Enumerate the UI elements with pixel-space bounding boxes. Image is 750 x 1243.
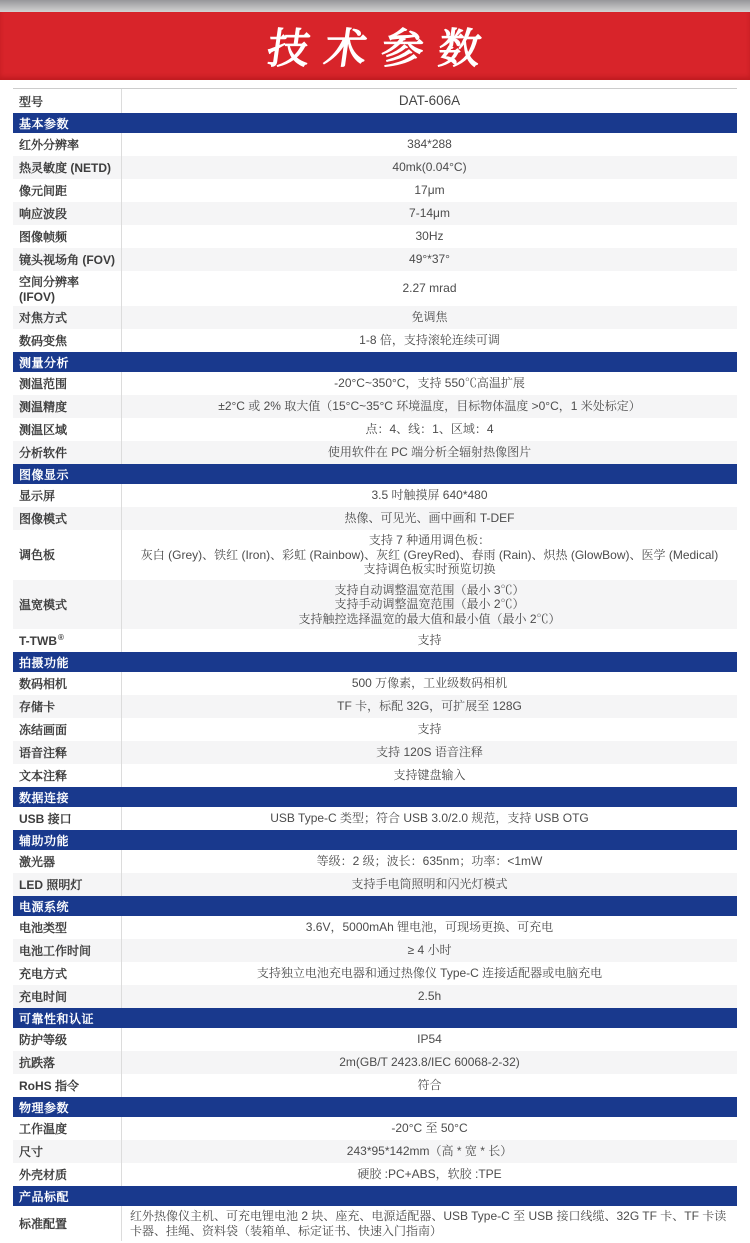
spec-value-line: 点：4、线：1、区域：4: [130, 422, 729, 437]
section-header: 拍摄功能: [13, 652, 737, 672]
spec-row: 冻结画面支持: [13, 718, 737, 741]
spec-row: 测温区域点：4、线：1、区域：4: [13, 418, 737, 441]
spec-row-label: 冻结画面: [13, 718, 122, 741]
spec-value-line: -20°C 至 50°C: [130, 1121, 729, 1136]
spec-row-value: 点：4、线：1、区域：4: [122, 418, 737, 441]
spec-value-line: 2.5h: [130, 989, 729, 1004]
spec-row: 空间分辨率 (IFOV)2.27 mrad: [13, 271, 737, 306]
spec-row-value: 243*95*142mm（高 * 宽 * 长）: [122, 1140, 737, 1163]
spec-row-label: 热灵敏度 (NETD): [13, 156, 122, 179]
spec-row-label: 测温区域: [13, 418, 122, 441]
spec-row-label: 电池类型: [13, 916, 122, 939]
spec-row: 电池类型3.6V，5000mAh 锂电池，可现场更换、可充电: [13, 916, 737, 939]
spec-value-line: TF 卡，标配 32G，可扩展至 128G: [130, 699, 729, 714]
spec-row-value: 使用软件在 PC 端分析全辐射热像图片: [122, 441, 737, 464]
spec-value-line: 支持自动调整温宽范围（最小 3℃）: [130, 583, 729, 598]
spec-row: 温宽模式支持自动调整温宽范围（最小 3℃）支持手动调整温宽范围（最小 2℃）支持…: [13, 580, 737, 630]
spec-row-label: USB 接口: [13, 807, 122, 830]
label-superscript: ®: [58, 634, 64, 642]
spec-row: 防护等级IP54: [13, 1028, 737, 1051]
section-header: 可靠性和认证: [13, 1008, 737, 1028]
spec-row-value: 等级：2 级；波长：635nm；功率：<1mW: [122, 850, 737, 873]
spec-value-line: 500 万像素，工业级数码相机: [130, 676, 729, 691]
section-header: 基本参数: [13, 113, 737, 133]
spec-row-value: IP54: [122, 1028, 737, 1051]
spec-value-line: 40mk(0.04°C): [130, 160, 729, 175]
spec-value-line: 49°*37°: [130, 252, 729, 267]
spec-value-line: 30Hz: [130, 229, 729, 244]
section-header: 数据连接: [13, 787, 737, 807]
spec-row-label: 尺寸: [13, 1140, 122, 1163]
spec-row-value: 49°*37°: [122, 248, 737, 271]
spec-row: 图像帧频30Hz: [13, 225, 737, 248]
spec-row-value: USB Type-C 类型；符合 USB 3.0/2.0 规范，支持 USB O…: [122, 807, 737, 830]
spec-value-line: 支持键盘输入: [130, 768, 729, 783]
spec-row-label: LED 照明灯: [13, 873, 122, 896]
spec-row-value: 支持 7 种通用调色板：灰白 (Grey)、铁红 (Iron)、彩虹 (Rain…: [122, 530, 737, 580]
spec-row-value: 热像、可见光、画中画和 T-DEF: [122, 507, 737, 530]
spec-row-value: 支持键盘输入: [122, 764, 737, 787]
spec-row-value: 384*288: [122, 133, 737, 156]
spec-row-label: 图像模式: [13, 507, 122, 530]
section-header: 测量分析: [13, 352, 737, 372]
spec-row-label: 显示屏: [13, 484, 122, 507]
section-header: 产品标配: [13, 1186, 737, 1206]
spec-row-value: TF 卡，标配 32G，可扩展至 128G: [122, 695, 737, 718]
spec-value-line: 红外热像仪主机、可充电锂电池 2 块、座充、电源适配器、USB Type-C 至…: [130, 1209, 729, 1238]
spec-value-line: 2.27 mrad: [130, 281, 729, 296]
spec-row: 电池工作时间≥ 4 小时: [13, 939, 737, 962]
spec-value-line: 17μm: [130, 183, 729, 198]
spec-row-label: 温宽模式: [13, 580, 122, 630]
spec-value-line: 384*288: [130, 137, 729, 152]
spec-row: 数码变焦1-8 倍，支持滚轮连续可调: [13, 329, 737, 352]
spec-value-line: 符合: [130, 1078, 729, 1093]
spec-row: 存储卡TF 卡，标配 32G，可扩展至 128G: [13, 695, 737, 718]
spec-row: RoHS 指令符合: [13, 1074, 737, 1097]
top-strip: [0, 0, 750, 12]
spec-row-label: 防护等级: [13, 1028, 122, 1051]
spec-value-line: 3.6V，5000mAh 锂电池，可现场更换、可充电: [130, 920, 729, 935]
model-row: 型号 DAT-606A: [13, 89, 737, 113]
spec-value-line: 支持: [130, 722, 729, 737]
spec-row-label: 测温精度: [13, 395, 122, 418]
spec-row-label: 充电时间: [13, 985, 122, 1008]
spec-row-label: 测温范围: [13, 372, 122, 395]
spec-row-label: 像元间距: [13, 179, 122, 202]
spec-row-value: 支持自动调整温宽范围（最小 3℃）支持手动调整温宽范围（最小 2℃）支持触控选择…: [122, 580, 737, 630]
spec-row: 抗跌落2m(GB/T 2423.8/IEC 60068-2-32): [13, 1051, 737, 1074]
spec-row-label: 外壳材质: [13, 1163, 122, 1186]
spec-row-label: 镜头视场角 (FOV): [13, 248, 122, 271]
spec-row: 测温精度±2°C 或 2% 取大值（15°C~35°C 环境温度，目标物体温度 …: [13, 395, 737, 418]
spec-row-value: 红外热像仪主机、可充电锂电池 2 块、座充、电源适配器、USB Type-C 至…: [122, 1206, 737, 1241]
spec-row: 数码相机500 万像素，工业级数码相机: [13, 672, 737, 695]
spec-row-label: 充电方式: [13, 962, 122, 985]
spec-value-line: 热像、可见光、画中画和 T-DEF: [130, 511, 729, 526]
spec-row-label: 激光器: [13, 850, 122, 873]
spec-row-label: 分析软件: [13, 441, 122, 464]
spec-row-value: 支持: [122, 629, 737, 652]
spec-row: 热灵敏度 (NETD)40mk(0.04°C): [13, 156, 737, 179]
spec-row-value: 2m(GB/T 2423.8/IEC 60068-2-32): [122, 1051, 737, 1074]
section-header: 图像显示: [13, 464, 737, 484]
spec-row-value: 硬胶 :PC+ABS，软胶 :TPE: [122, 1163, 737, 1186]
spec-row-value: 500 万像素，工业级数码相机: [122, 672, 737, 695]
spec-value-line: 支持手动调整温宽范围（最小 2℃）: [130, 597, 729, 612]
spec-value-line: 3.5 吋触摸屏 640*480: [130, 488, 729, 503]
spec-row-value: ±2°C 或 2% 取大值（15°C~35°C 环境温度，目标物体温度 >0°C…: [122, 395, 737, 418]
spec-row-value: 支持: [122, 718, 737, 741]
spec-row-label: 响应波段: [13, 202, 122, 225]
spec-row-label: 标准配置: [13, 1206, 122, 1241]
spec-row-value: ≥ 4 小时: [122, 939, 737, 962]
spec-row: 分析软件使用软件在 PC 端分析全辐射热像图片: [13, 441, 737, 464]
spec-row: USB 接口USB Type-C 类型；符合 USB 3.0/2.0 规范，支持…: [13, 807, 737, 830]
spec-row-label: 对焦方式: [13, 306, 122, 329]
spec-value-line: 243*95*142mm（高 * 宽 * 长）: [130, 1144, 729, 1159]
spec-value-line: 支持 7 种通用调色板：: [130, 533, 729, 548]
page-title: 技术参数: [249, 16, 500, 76]
spec-value-line: 支持手电筒照明和闪光灯模式: [130, 877, 729, 892]
title-banner: 技术参数: [0, 12, 750, 80]
spec-row: 标准配置红外热像仪主机、可充电锂电池 2 块、座充、电源适配器、USB Type…: [13, 1206, 737, 1241]
spec-value-line: 1-8 倍，支持滚轮连续可调: [130, 333, 729, 348]
section-header: 物理参数: [13, 1097, 737, 1117]
spec-row-label: 调色板: [13, 530, 122, 580]
model-row-label: 型号: [13, 89, 122, 113]
spec-value-line: USB Type-C 类型；符合 USB 3.0/2.0 规范，支持 USB O…: [130, 811, 729, 826]
spec-row: 文本注释支持键盘输入: [13, 764, 737, 787]
section-header: 电源系统: [13, 896, 737, 916]
model-row-value: DAT-606A: [122, 89, 737, 113]
spec-value-line: ≥ 4 小时: [130, 943, 729, 958]
spec-value-line: 免调焦: [130, 310, 729, 325]
spec-row: 响应波段7-14μm: [13, 202, 737, 225]
spec-row-value: 30Hz: [122, 225, 737, 248]
spec-row: LED 照明灯支持手电筒照明和闪光灯模式: [13, 873, 737, 896]
spec-row-value: 1-8 倍，支持滚轮连续可调: [122, 329, 737, 352]
spec-row-value: 3.6V，5000mAh 锂电池，可现场更换、可充电: [122, 916, 737, 939]
spec-value-line: 支持独立电池充电器和通过热像仪 Type-C 连接适配器或电脑充电: [130, 966, 729, 981]
spec-value-line: 2m(GB/T 2423.8/IEC 60068-2-32): [130, 1055, 729, 1070]
spec-row: 测温范围-20°C~350°C，支持 550℃高温扩展: [13, 372, 737, 395]
spec-row: 图像模式热像、可见光、画中画和 T-DEF: [13, 507, 737, 530]
spec-row-label: 语音注释: [13, 741, 122, 764]
spec-row-label: 数码相机: [13, 672, 122, 695]
spec-row-value: 7-14μm: [122, 202, 737, 225]
section-header: 辅助功能: [13, 830, 737, 850]
spec-table: 型号 DAT-606A 基本参数红外分辨率384*288热灵敏度 (NETD)4…: [13, 88, 737, 1241]
spec-row-value: 符合: [122, 1074, 737, 1097]
spec-value-line: IP54: [130, 1032, 729, 1047]
spec-row-value: -20°C~350°C，支持 550℃高温扩展: [122, 372, 737, 395]
spec-value-line: 支持 120S 语音注释: [130, 745, 729, 760]
spec-row-label: 电池工作时间: [13, 939, 122, 962]
spec-row: T-TWB®支持: [13, 629, 737, 652]
spec-row-value: 2.5h: [122, 985, 737, 1008]
spec-row-value: 40mk(0.04°C): [122, 156, 737, 179]
spec-row: 对焦方式免调焦: [13, 306, 737, 329]
spec-value-line: 支持调色板实时预览切换: [130, 562, 729, 577]
spec-row-label: 红外分辨率: [13, 133, 122, 156]
spec-row-value: 支持手电筒照明和闪光灯模式: [122, 873, 737, 896]
spec-row-value: 3.5 吋触摸屏 640*480: [122, 484, 737, 507]
spec-row: 激光器等级：2 级；波长：635nm；功率：<1mW: [13, 850, 737, 873]
spec-row-value: 2.27 mrad: [122, 271, 737, 306]
spec-row-value: 支持独立电池充电器和通过热像仪 Type-C 连接适配器或电脑充电: [122, 962, 737, 985]
spec-row-label: 空间分辨率 (IFOV): [13, 271, 122, 306]
spec-row-label: T-TWB®: [13, 629, 122, 652]
spec-row: 红外分辨率384*288: [13, 133, 737, 156]
spec-row-label: 文本注释: [13, 764, 122, 787]
spec-value-line: 灰白 (Grey)、铁红 (Iron)、彩虹 (Rainbow)、灰红 (Gre…: [130, 548, 729, 563]
spec-row: 语音注释支持 120S 语音注释: [13, 741, 737, 764]
spec-row-value: 支持 120S 语音注释: [122, 741, 737, 764]
spec-row-label: 工作温度: [13, 1117, 122, 1140]
spec-value-line: 支持: [130, 633, 729, 648]
spec-row-label: 抗跌落: [13, 1051, 122, 1074]
spec-row-value: 免调焦: [122, 306, 737, 329]
spec-row: 工作温度-20°C 至 50°C: [13, 1117, 737, 1140]
spec-row: 外壳材质硬胶 :PC+ABS，软胶 :TPE: [13, 1163, 737, 1186]
spec-value-line: 硬胶 :PC+ABS，软胶 :TPE: [130, 1167, 729, 1182]
spec-row: 镜头视场角 (FOV)49°*37°: [13, 248, 737, 271]
spec-row-label: RoHS 指令: [13, 1074, 122, 1097]
spec-row: 充电时间2.5h: [13, 985, 737, 1008]
spec-value-line: 等级：2 级；波长：635nm；功率：<1mW: [130, 854, 729, 869]
spec-row-value: -20°C 至 50°C: [122, 1117, 737, 1140]
spec-value-line: 使用软件在 PC 端分析全辐射热像图片: [130, 445, 729, 460]
spec-row-label: 存储卡: [13, 695, 122, 718]
spec-value-line: 支持触控选择温宽的最大值和最小值（最小 2℃）: [130, 612, 729, 627]
spec-value-line: -20°C~350°C，支持 550℃高温扩展: [130, 376, 729, 391]
spec-row-label: 图像帧频: [13, 225, 122, 248]
spec-value-line: ±2°C 或 2% 取大值（15°C~35°C 环境温度，目标物体温度 >0°C…: [130, 399, 729, 414]
spec-row: 调色板支持 7 种通用调色板：灰白 (Grey)、铁红 (Iron)、彩虹 (R…: [13, 530, 737, 580]
spec-row: 充电方式支持独立电池充电器和通过热像仪 Type-C 连接适配器或电脑充电: [13, 962, 737, 985]
spec-row: 像元间距17μm: [13, 179, 737, 202]
spec-value-line: 7-14μm: [130, 206, 729, 221]
spec-row: 尺寸243*95*142mm（高 * 宽 * 长）: [13, 1140, 737, 1163]
spec-row: 显示屏3.5 吋触摸屏 640*480: [13, 484, 737, 507]
spec-row-value: 17μm: [122, 179, 737, 202]
spec-row-label: 数码变焦: [13, 329, 122, 352]
